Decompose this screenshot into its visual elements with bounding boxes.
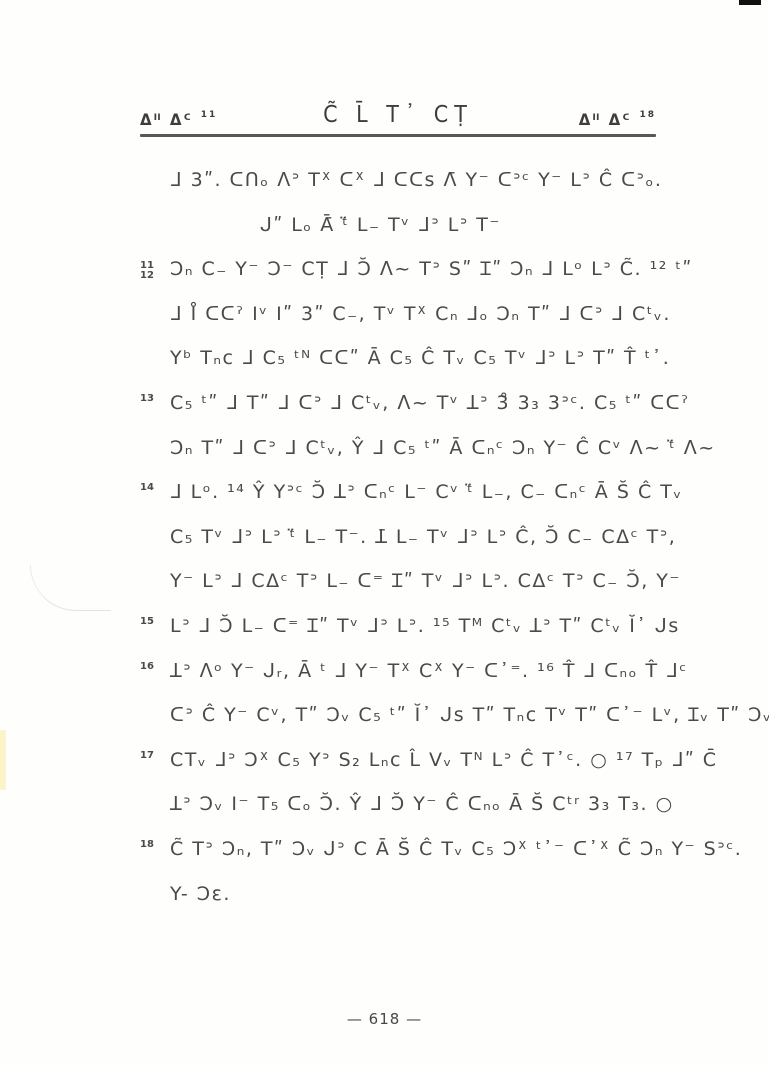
running-head-right: ᐃᐦ ᐃᑦ18	[579, 110, 656, 129]
line-text: Yᵇ Tₙc ᒧ C₅ ᵗᴺ ᑕᑕʺ Ā C₅ Ĉ Tᵥ C₅ Tᵛ ᒧᐣ Lᐣ…	[170, 336, 670, 380]
line-text: C₅ ᵗʺ ᒧ Tʺ ᒧ ᑕᐣ ᒧ Cᵗᵥ, ᐱ~ Tᵛ ꓕᐣ 3̊ 3₃ 3ᐣ…	[170, 381, 690, 425]
header-rule	[140, 134, 656, 137]
verse-number: 13	[140, 377, 154, 421]
line-text: C₅ Tᵛ ᒧᐣ Lᐣ ᵗ̈ L₋ T⁻. ꓕ̄ L₋ Tᵛ ᒧᐣ Lᐣ Ĉ, …	[170, 515, 676, 559]
line-text: ᒧ I̊ ᑕᑕˀ Iᵛ Iʺ 3ʺ C₋, Tᵛ Tᕽ Cₙ ᒧₒ Ɔₙ Tʺ …	[170, 292, 671, 336]
body-text: ᒧ 3ʺ. ᑕᑎₒ ᐱᐣ Tᕽ ᑕᕽ ᒧ ᑕᑕs ᐱ̄ Y⁻ ᑕᐣᶜ Y⁻ Lᐣ…	[140, 158, 660, 916]
line-text: ꓕᐣ ᐱᵒ Y⁻ ᒍᵣ, Ā ᵗ ᒧ Y⁻ Tᕽ Cᕽ Y⁻ ᑕ᾽⁼. ¹⁶ T…	[170, 649, 688, 693]
text-line: 17 CTᵥ ᒧᐣ Ɔᕽ C₅ Yᐣ S₂ Lₙc L̂ Vᵥ Tᴺ Lᐣ Ĉ …	[140, 738, 660, 783]
text-line: 15 Lᐣ ᒧ Ɔ̆ L₋ ᑕ⁼ Ɪʺ Tᵛ ᒧᐣ Lᐣ. ¹⁵ Tᴹ Cᵗᵥ …	[140, 604, 660, 649]
verse-number: 11 12	[140, 261, 154, 281]
line-text: Y- Ɔε.	[170, 872, 231, 916]
line-text: ᑕᐣ Ĉ Y⁻ Cᵛ, Tʺ Ɔᵥ C₅ ᵗʺ Ĭ᾽ ᒍs Tʺ Tₙc Tᵛ …	[170, 693, 769, 737]
section-heading-line: ᒍʺ Lₒ Ā̄ ᵗ̈ L₋ Tᵛ ᒧᐣ Lᐣ T⁻	[260, 203, 501, 247]
text-line: Y⁻ Lᐣ ᒧ CΔᶜ Tᐣ L₋ ᑕ⁼ Ɪʺ Tᵛ ᒧᐣ Lᐣ. CΔᶜ Tᐣ…	[140, 559, 660, 604]
page-number: — 618 —	[0, 1010, 769, 1028]
text-line: ꓕᐣ Ɔᵥ I⁻ T₅ ᑕₒ Ɔ̆. Ŷ ᒧ Ɔ̆ Y⁻ Ĉ ᑕₙₒ Ā S̆ …	[140, 782, 660, 827]
text-line: ᑕᐣ Ĉ Y⁻ Cᵛ, Tʺ Ɔᵥ C₅ ᵗʺ Ĭ᾽ ᒍs Tʺ Tₙc Tᵛ …	[140, 693, 660, 738]
line-text: Ɔₙ Tʺ ᒧ ᑕᐣ ᒧ Cᵗᵥ, Ŷ ᒧ C₅ ᵗʺ Ā ᑕₙᶜ Ɔₙ Y⁻ …	[170, 426, 716, 470]
line-text: Y⁻ Lᐣ ᒧ CΔᶜ Tᐣ L₋ ᑕ⁼ Ɪʺ Tᵛ ᒧᐣ Lᐣ. CΔᶜ Tᐣ…	[170, 559, 681, 603]
line-text: ᒧ 3ʺ. ᑕᑎₒ ᐱᐣ Tᕽ ᑕᕽ ᒧ ᑕᑕs ᐱ̄ Y⁻ ᑕᐣᶜ Y⁻ Lᐣ…	[170, 158, 662, 202]
verse-number: 18	[140, 823, 154, 867]
line-text: C̃ Tᐣ Ɔₙ, Tʺ Ɔᵥ ᒍᐣ C Ā S̆ Ĉ Tᵥ C₅ Ɔᕽ ᵗ᾽⁻…	[170, 827, 742, 871]
text-line: C₅ Tᵛ ᒧᐣ Lᐣ ᵗ̈ L₋ T⁻. ꓕ̄ L₋ Tᵛ ᒧᐣ Lᐣ Ĉ, …	[140, 515, 660, 560]
text-line: 14 ᒧ Lᵒ. ¹⁴ Ŷ Yᐣᶜ Ɔ̆ ꓕᐣ ᑕₙᶜ L⁻ Cᵛ ᵗ̈ L₋,…	[140, 470, 660, 515]
scan-edge-mark	[739, 0, 761, 5]
text-line: Y- Ɔε.	[140, 872, 660, 917]
text-line: ᒍʺ Lₒ Ā̄ ᵗ̈ L₋ Tᵛ ᒧᐣ Lᐣ T⁻	[140, 203, 660, 248]
verse-number: 14	[140, 466, 154, 510]
text-line: 16 ꓕᐣ ᐱᵒ Y⁻ ᒍᵣ, Ā ᵗ ᒧ Y⁻ Tᕽ Cᕽ Y⁻ ᑕ᾽⁼. ¹…	[140, 649, 660, 694]
running-head: ᐃᐦ ᐃᑦ11 C̃ L̄ T᾽ CṬ ᐃᐦ ᐃᑦ18	[140, 98, 656, 134]
line-text: Ɔₙ C₋ Y⁻ Ɔ⁻ CṬ ᒧ Ɔ̆ ᐱ~ Tᐣ Sʺ Ɪʺ Ɔₙ ᒧ Lᵒ …	[170, 247, 693, 291]
edge-stain-artifact	[0, 730, 6, 790]
text-line: ᒧ I̊ ᑕᑕˀ Iᵛ Iʺ 3ʺ C₋, Tᵛ Tᕽ Cₙ ᒧₒ Ɔₙ Tʺ …	[140, 292, 660, 337]
running-head-right-label: ᐃᐦ ᐃᑦ	[579, 111, 632, 129]
text-line: 11 12 Ɔₙ C₋ Y⁻ Ɔ⁻ CṬ ᒧ Ɔ̆ ᐱ~ Tᐣ Sʺ Ɪʺ Ɔₙ…	[140, 247, 660, 292]
verse-number: 17	[140, 734, 154, 778]
line-text: ᒧ Lᵒ. ¹⁴ Ŷ Yᐣᶜ Ɔ̆ ꓕᐣ ᑕₙᶜ L⁻ Cᵛ ᵗ̈ L₋, C₋…	[170, 470, 683, 514]
text-line: Ɔₙ Tʺ ᒧ ᑕᐣ ᒧ Cᵗᵥ, Ŷ ᒧ C₅ ᵗʺ Ā ᑕₙᶜ Ɔₙ Y⁻ …	[140, 426, 660, 471]
page-curl-artifact	[30, 565, 111, 611]
line-text: Lᐣ ᒧ Ɔ̆ L₋ ᑕ⁼ Ɪʺ Tᵛ ᒧᐣ Lᐣ. ¹⁵ Tᴹ Cᵗᵥ ꓕᐣ …	[170, 604, 680, 648]
verse-number: 16	[140, 645, 154, 689]
running-head-right-ref: 18	[639, 110, 656, 120]
line-text: CTᵥ ᒧᐣ Ɔᕽ C₅ Yᐣ S₂ Lₙc L̂ Vᵥ Tᴺ Lᐣ Ĉ T᾽ᶜ…	[170, 738, 718, 782]
text-line: 18 C̃ Tᐣ Ɔₙ, Tʺ Ɔᵥ ᒍᐣ C Ā S̆ Ĉ Tᵥ C₅ Ɔᕽ …	[140, 827, 660, 872]
text-line: Yᵇ Tₙc ᒧ C₅ ᵗᴺ ᑕᑕʺ Ā C₅ Ĉ Tᵥ C₅ Tᵛ ᒧᐣ Lᐣ…	[140, 336, 660, 381]
line-text: ꓕᐣ Ɔᵥ I⁻ T₅ ᑕₒ Ɔ̆. Ŷ ᒧ Ɔ̆ Y⁻ Ĉ ᑕₙₒ Ā S̆ …	[170, 782, 674, 826]
text-line: 13 C₅ ᵗʺ ᒧ Tʺ ᒧ ᑕᐣ ᒧ Cᵗᵥ, ᐱ~ Tᵛ ꓕᐣ 3̊ 3₃…	[140, 381, 660, 426]
verse-number: 15	[140, 600, 154, 644]
text-line: ᒧ 3ʺ. ᑕᑎₒ ᐱᐣ Tᕽ ᑕᕽ ᒧ ᑕᑕs ᐱ̄ Y⁻ ᑕᐣᶜ Y⁻ Lᐣ…	[140, 158, 660, 203]
